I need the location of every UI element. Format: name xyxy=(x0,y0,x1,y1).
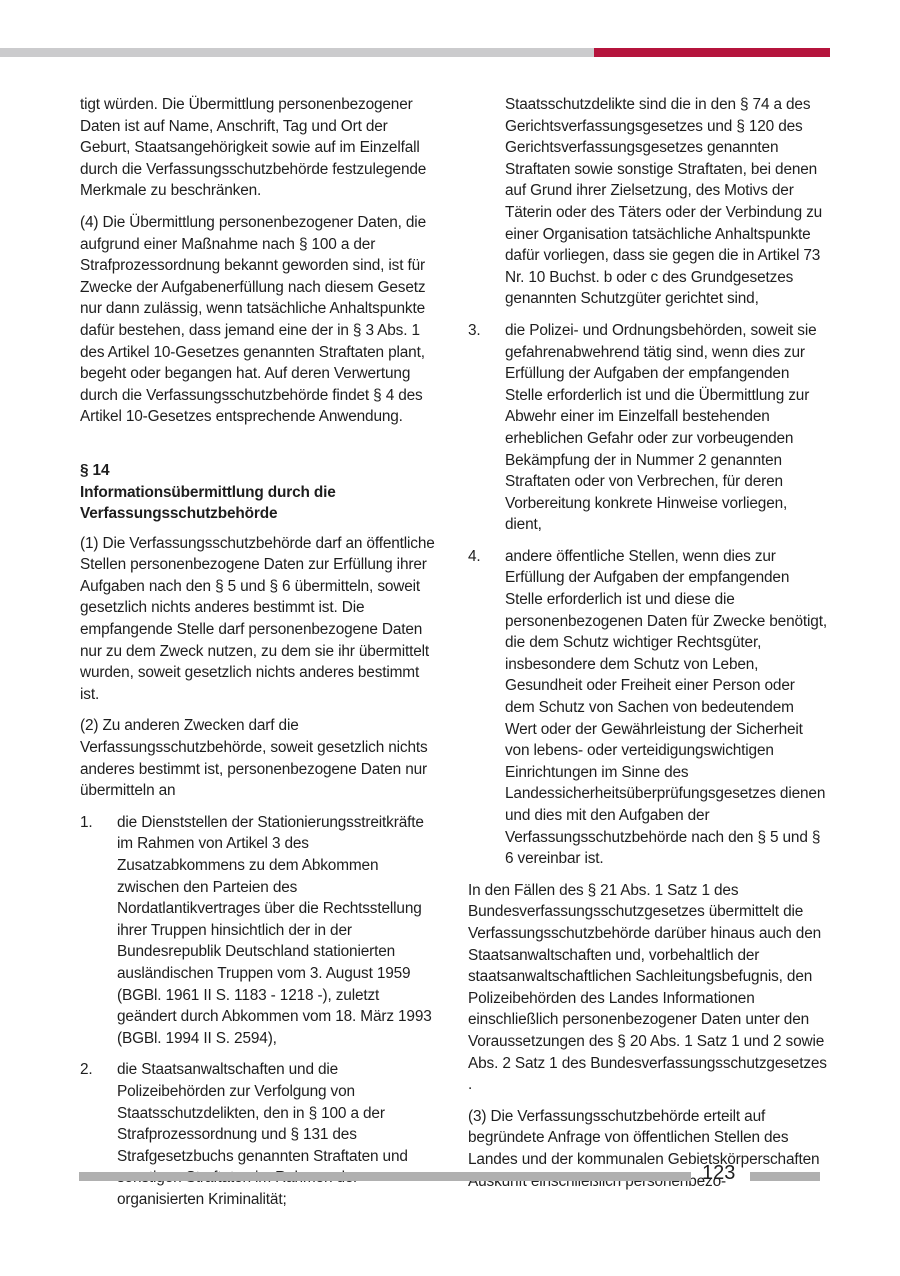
list-item-3: 3. die Polizei- und Ordnungsbehörden, so… xyxy=(468,320,828,536)
list-number: 2. xyxy=(80,1059,117,1210)
paragraph-4: (4) Die Übermittlung personenbezogener D… xyxy=(80,212,436,428)
paragraph-2: (2) Zu anderen Zwecken darf die Verfassu… xyxy=(80,715,436,801)
header-bar-accent xyxy=(594,48,830,57)
list-text: die Staatsanwaltschaften und die Polizei… xyxy=(117,1059,436,1210)
list-item-1: 1. die Dienststellen der Stationierungss… xyxy=(80,812,436,1050)
paragraph-bundesverfassungsschutz: In den Fällen des § 21 Abs. 1 Satz 1 des… xyxy=(468,880,828,1096)
right-column: Staatsschutzdelikte sind die in den § 74… xyxy=(468,94,828,1202)
list-number: 4. xyxy=(468,546,505,870)
list-text: die Dienststellen der Stationierungsstre… xyxy=(117,812,436,1050)
section-number: § 14 xyxy=(80,460,436,482)
list-item-2-continuation: Staatsschutzdelikte sind die in den § 74… xyxy=(468,94,828,310)
list-item-4: 4. andere öffentliche Stellen, wenn dies… xyxy=(468,546,828,870)
paragraph-1: (1) Die Verfassungsschutzbehörde darf an… xyxy=(80,533,436,706)
list-number: 3. xyxy=(468,320,505,536)
section-title: Informationsübermittlung durch die Verfa… xyxy=(80,482,436,525)
footer-bar-left xyxy=(79,1172,691,1181)
section-spacer xyxy=(80,438,436,460)
page-number: 123 xyxy=(702,1160,735,1186)
list-text: andere öffentliche Stellen, wenn dies zu… xyxy=(505,546,828,870)
list-number: 1. xyxy=(80,812,117,1050)
list-item-2: 2. die Staatsanwaltschaften und die Poli… xyxy=(80,1059,436,1210)
left-column: tigt würden. Die Übermittlung personenbe… xyxy=(80,94,436,1221)
footer-bar-right xyxy=(750,1172,820,1181)
paragraph-continuation: tigt würden. Die Übermittlung personenbe… xyxy=(80,94,436,202)
header-bar-gray xyxy=(0,48,594,57)
list-text: die Polizei- und Ordnungsbehörden, sowei… xyxy=(505,320,828,536)
